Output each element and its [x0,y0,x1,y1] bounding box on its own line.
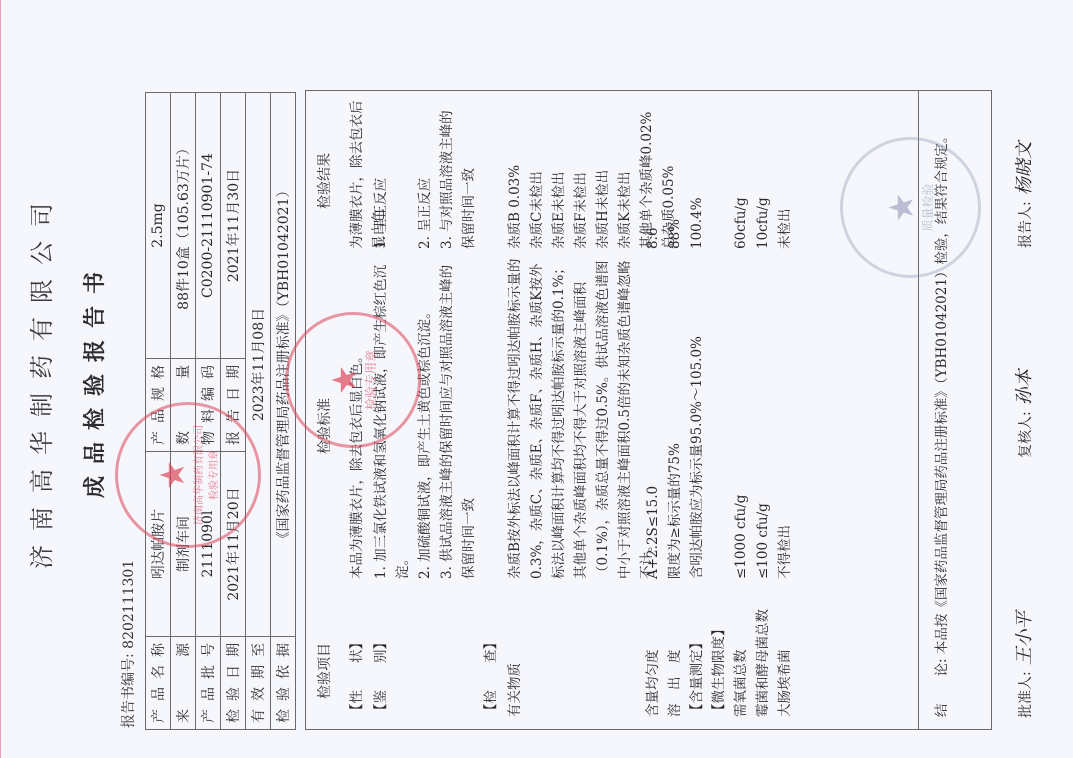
header-standard: 检验标准 [314,398,336,454]
reviewer-signature: 孙本 [1014,369,1035,405]
test-date-value: 2021年11月20日 [221,452,246,637]
test-result: 88% [664,99,686,249]
material-code-value: C0200-21110901-74 [196,93,221,359]
test-result: 未检出 [774,99,796,249]
test-item: 含量均匀度 [642,597,664,717]
test-standard: 本品为薄膜衣片，除去包衣后显白色。 [346,254,368,579]
test-standard: 含吲达帕胺应为标示量95.0%～105.0% [686,254,708,579]
info-row: 产品名称 吲达帕胺片 产品规格 2.5mg [146,93,171,730]
test-result: 60cfu/g [730,99,752,249]
test-result: 2. 呈正反应 [414,99,436,249]
conclusion: 结 论: 本品按《国家药品监督管理局药品注册标准》（YBH01042021）检验… [931,102,953,717]
test-item: 【性 状】 [346,597,368,717]
product-name-label: 产品名称 [146,637,171,730]
basis-label: 检验依据 [271,637,296,730]
batch-label: 产品批号 [196,637,221,730]
test-item: 【含量测定】 [686,597,708,717]
reviewer: 复核人:孙本 [1010,369,1036,458]
batch-value: 2111090l [196,452,221,637]
test-result: 100.4% [686,99,708,249]
test-standard: 2. 加硫酸铜试液，即产生土黄色或棕色沉淀。 [414,254,436,579]
test-item: 【鉴 别】 [370,597,392,717]
quantity-value: 88件10盒（105.63万片） [171,93,196,359]
report-number-label: 报告书编号: [121,653,137,728]
source-label: 来 源 [171,637,196,730]
source-value: 制剂车间 [171,452,196,637]
product-info-table: 产品名称 吲达帕胺片 产品规格 2.5mg 来 源 制剂车间 数 量 88件10… [145,92,296,730]
test-standard: ≤100 cfu/g [752,254,774,579]
test-item: 霉菌和酵母菌总数 [752,597,774,717]
valid-until-value: 2023年11月08日 [246,93,271,637]
test-item: 【微生物限度】 [708,597,730,717]
header-result: 检验结果 [314,153,336,209]
info-row: 有效期至 2023年11月08日 [246,93,271,730]
test-standard: 3. 供试品溶液主峰的保留时间应与对照品溶液主峰的保留时间一致 [436,254,480,579]
report-number-value: 8202111301 [121,560,137,649]
conclusion-label: 结 论: [934,658,950,717]
spec-label: 产品规格 [146,359,171,452]
reporter-signature: 杨晓文 [1014,141,1035,195]
report-number: 报告书编号: 8202111301 [118,560,138,728]
info-row: 产品批号 2111090l 物料编码 C0200-21110901-74 [196,93,221,730]
header-item: 检验项目 [314,643,336,699]
basis-value: 《国家药品监督管理局药品注册标准》（YBH01042021） [271,93,296,637]
test-standard: 杂质B按外标法以峰面积计算不得过吲达帕胺标示量的0.3%，杂质C、杂质E、杂质F… [504,254,658,579]
material-code-label: 物料编码 [196,359,221,452]
info-row: 检验依据 《国家药品监督管理局药品注册标准》（YBH01042021） [271,93,296,730]
test-item: 需氧菌总数 [730,597,752,717]
test-result: 1. 呈正反应 [370,99,392,249]
test-results-box: 检验项目 检验标准 检验结果 【性 状】本品为薄膜衣片，除去包衣后显白色。为薄膜… [305,90,992,730]
test-standard: ≤1000 cfu/g [730,254,752,579]
test-standard: A+2.2S≤15.0 [642,254,664,579]
conclusion-text: 本品按《国家药品监督管理局药品注册标准》（YBH01042021）检验，结果符合… [934,130,950,655]
report-date-value: 2021年11月30日 [221,93,246,359]
test-standard: 限度为≥标示量的75% [664,254,686,579]
test-item: 大肠埃希菌 [774,597,796,717]
reviewer-label: 复核人: [1018,411,1034,458]
quantity-label: 数 量 [171,359,196,452]
inspection-report-page: 济南高华制药有限公司 成品检验报告书 报告书编号: 8202111301 产品名… [0,0,1073,758]
valid-until-label: 有效期至 [246,637,271,730]
test-result: 10cfu/g [752,99,774,249]
approver-signature: 王小平 [1014,611,1035,665]
info-row: 来 源 制剂车间 数 量 88件10盒（105.63万片） [171,93,196,730]
test-item: 溶 出 度 [664,597,686,717]
approver: 批准人:王小平 [1010,611,1036,718]
test-standard: 不得检出 [774,254,796,579]
test-item: 有关物质 [504,597,526,717]
test-date-label: 检验日期 [221,637,246,730]
test-result: 8.6 [642,99,664,249]
company-name: 济南高华制药有限公司 [22,0,57,758]
conclusion-divider [918,91,919,729]
product-name-value: 吲达帕胺片 [146,452,171,637]
test-result: 3. 与对照品溶液主峰的保留时间一致 [436,99,480,249]
report-title: 成品检验报告书 [78,0,109,758]
report-date-label: 报告日期 [221,359,246,452]
reporter-label: 报告人: [1018,201,1034,248]
spec-value: 2.5mg [146,93,171,359]
test-standard: 1. 加三氯化铁试液和氢氧化钠试液，即产生棕红色沉淀。 [370,254,414,579]
margin-line [0,0,1,758]
approver-label: 批准人: [1018,671,1034,718]
reporter: 报告人:杨晓文 [1010,141,1036,248]
info-row: 检验日期 2021年11月20日 报告日期 2021年11月30日 [221,93,246,730]
test-item: 【检 查】 [480,597,502,717]
